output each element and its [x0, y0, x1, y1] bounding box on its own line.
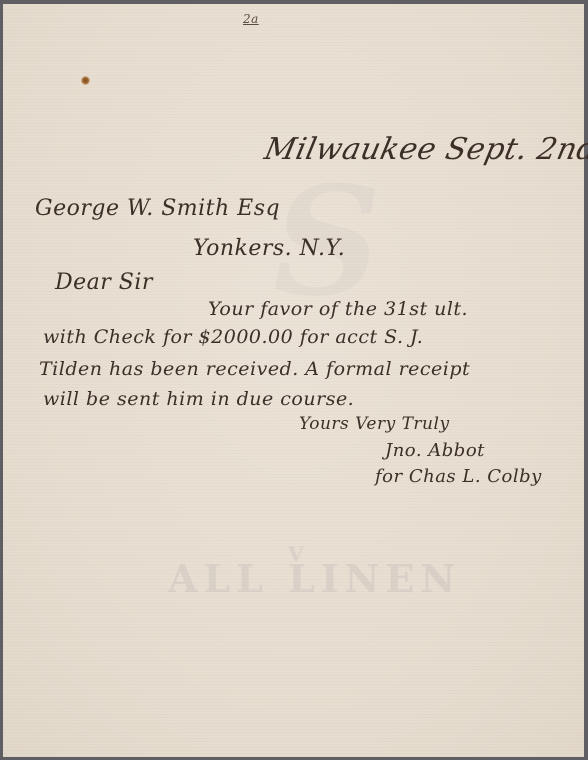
signature-name: Jno. Abbot — [385, 440, 485, 461]
page-mark: 2a — [243, 12, 259, 26]
signature-on-behalf: for Chas L. Colby — [375, 466, 542, 487]
addressee-name: George W. Smith Esq — [35, 196, 280, 221]
watermark-text: ALL LINEN — [168, 556, 461, 601]
body-line: Tilden has been received. A formal recei… — [39, 358, 470, 380]
body-line: will be sent him in due course. — [43, 388, 354, 410]
body-line: with Check for $2000.00 for acct S. J. — [43, 326, 423, 348]
addressee-location: Yonkers. N.Y. — [193, 236, 345, 261]
dateline: Milwaukee Sept. 2nd 1885 — [261, 132, 588, 167]
salutation: Dear Sir — [55, 270, 153, 295]
scan-background: S V ALL LINEN 2a Milwaukee Sept. 2nd 188… — [0, 0, 588, 760]
ink-stain — [81, 76, 90, 85]
letter-sheet: S V ALL LINEN 2a Milwaukee Sept. 2nd 188… — [3, 4, 584, 757]
closing: Yours Very Truly — [299, 414, 450, 434]
body-line: Your favor of the 31st ult. — [208, 298, 468, 320]
